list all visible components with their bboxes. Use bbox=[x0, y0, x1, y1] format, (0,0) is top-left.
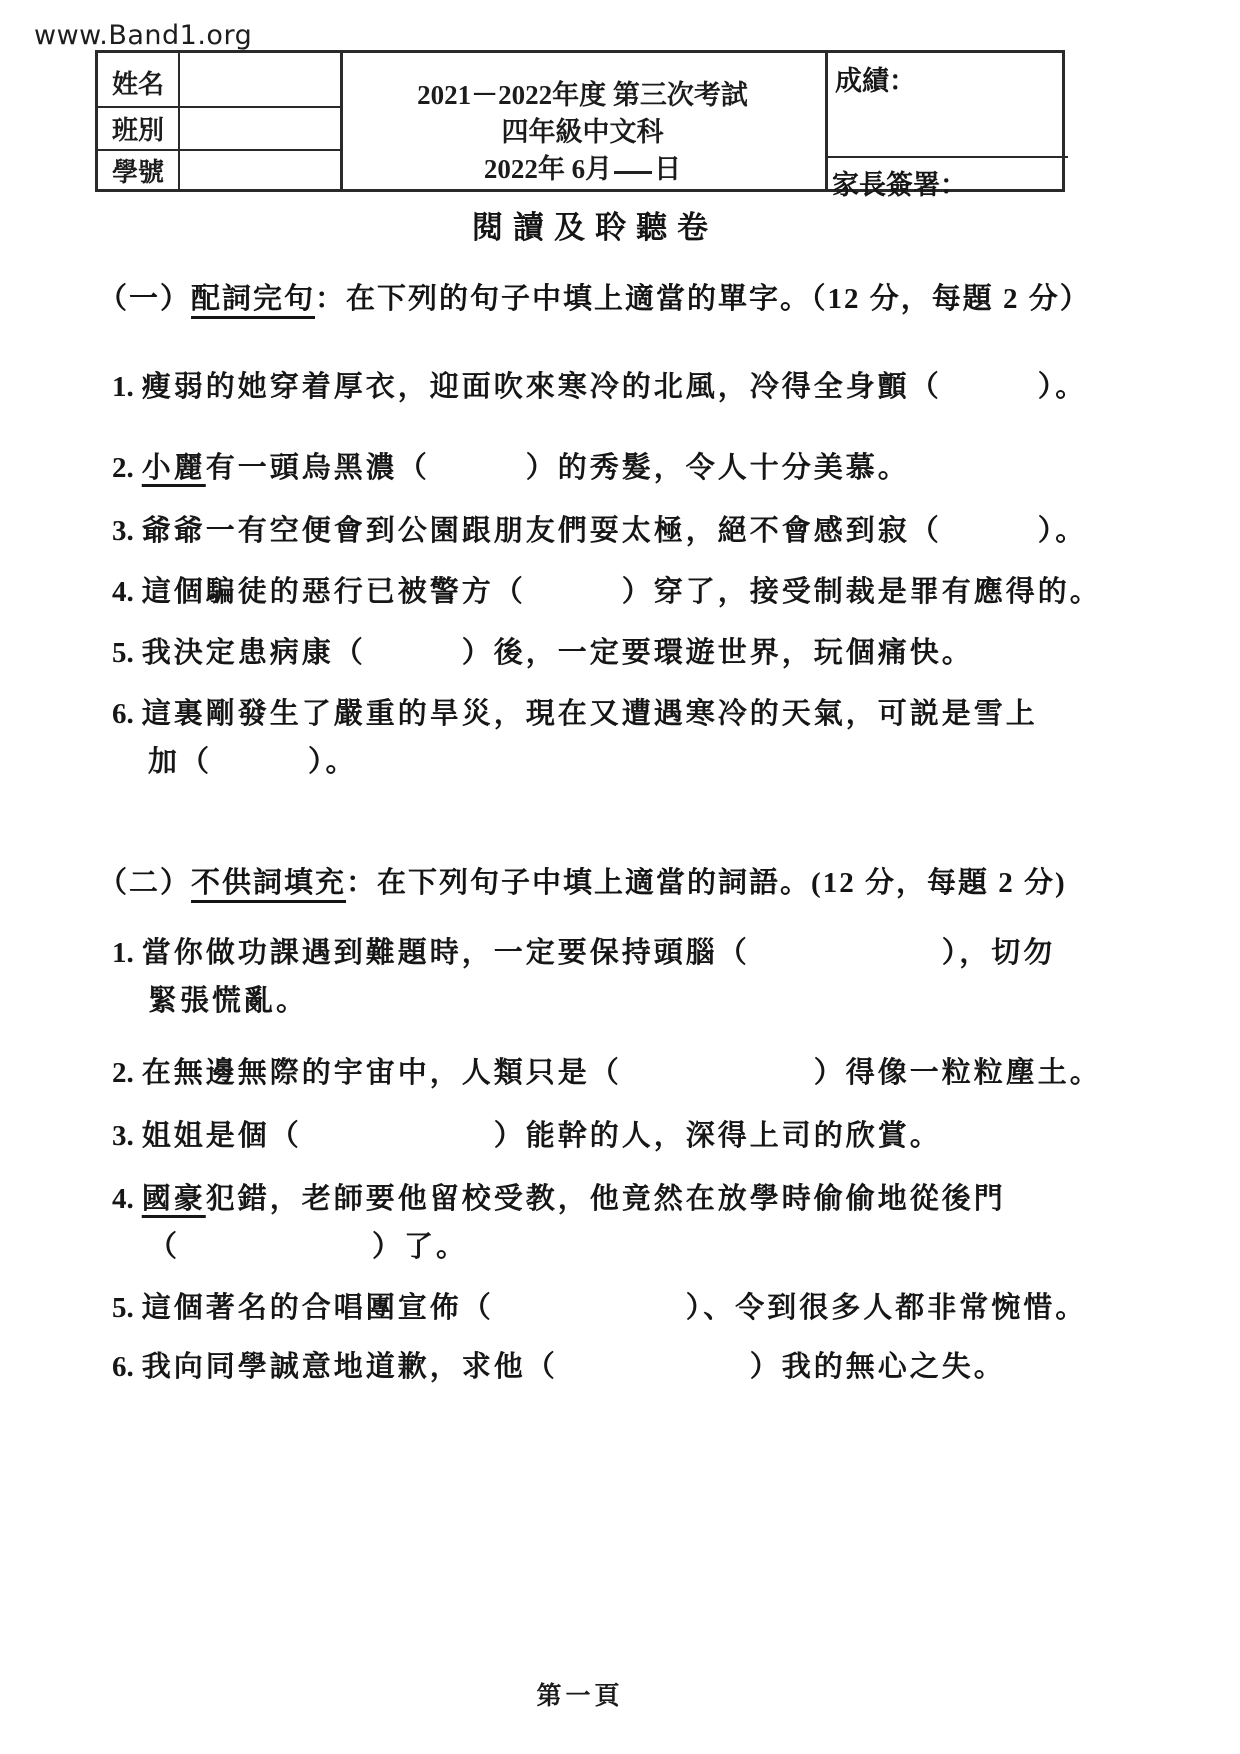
exam-title-line1: 2021－2022年度 第三次考試 bbox=[340, 77, 825, 114]
question-line: 5.這個著名的合唱團宣佈（ ）、令到很多人都非常惋惜。 bbox=[112, 1288, 1240, 1329]
question-text: 有一頭烏黑濃（ ）的秀髮，令人十分美慕。 bbox=[206, 452, 910, 484]
exam-date-pre: 2022年 6月 bbox=[484, 154, 612, 184]
question-line: 2.小麗有一頭烏黑濃（ ）的秀髮，令人十分美慕。 bbox=[112, 448, 1240, 489]
table-divider bbox=[825, 156, 1068, 158]
question-line: 加（ ）。 bbox=[148, 742, 1240, 783]
question-line: 3.爺爺一有空便會到公園跟朋友們耍太極，絕不會感到寂（ ）。 bbox=[112, 511, 1240, 552]
section-instruction: ：在下列句子中填上適當的詞語。(12 分，每題 2 分) bbox=[346, 867, 1067, 899]
watermark-url: www.Band1.org bbox=[34, 20, 252, 51]
question-number: 3. bbox=[112, 511, 134, 552]
question: 6.這裏剛發生了嚴重的旱災，現在又遭遇寒冷的天氣，可説是雪上加（ ）。 bbox=[112, 694, 1240, 783]
question-number: 4. bbox=[112, 1179, 134, 1220]
exam-title-line2: 四年級中文科 bbox=[340, 114, 825, 151]
question-text: 這個著名的合唱團宣佈（ ）、令到很多人都非常惋惜。 bbox=[142, 1292, 1088, 1324]
question-text: 我向同學誠意地道歉，求他（ ）我的無心之失。 bbox=[142, 1351, 1006, 1383]
page-number: 第一頁 bbox=[536, 1683, 623, 1710]
section-name: 不供詞填充 bbox=[191, 867, 346, 899]
score-label: 成績： bbox=[835, 59, 916, 98]
underlined-name: 小麗 bbox=[142, 452, 206, 484]
table-divider bbox=[178, 53, 180, 189]
question-text: 瘦弱的她穿着厚衣，迎面吹來寒冷的北風，冷得全身顫（ ）。 bbox=[142, 371, 1088, 403]
question-line: 1.瘦弱的她穿着厚衣，迎面吹來寒冷的北風，冷得全身顫（ ）。 bbox=[112, 367, 1240, 408]
question: 4.這個騙徒的惡行已被警方（ ）穿了，接受制裁是罪有應得的。 bbox=[112, 572, 1240, 613]
section-2-header: （二）不供詞填充：在下列句子中填上適當的詞語。(12 分，每題 2 分) bbox=[98, 862, 1240, 904]
question-line: 6.我向同學誠意地道歉，求他（ ）我的無心之失。 bbox=[112, 1347, 1240, 1388]
question: 4.國豪犯錯，老師要他留校受教，他竟然在放學時偷偷地從後門（ ）了。 bbox=[112, 1179, 1240, 1268]
field-label-name: 姓名 bbox=[98, 64, 178, 101]
question: 1.瘦弱的她穿着厚衣，迎面吹來寒冷的北風，冷得全身顫（ ）。 bbox=[112, 367, 1240, 408]
question-text: 這裏剛發生了嚴重的旱災，現在又遭遇寒冷的天氣，可説是雪上 bbox=[142, 698, 1038, 730]
question-number: 5. bbox=[112, 633, 134, 674]
question: 3.爺爺一有空便會到公園跟朋友們耍太極，絕不會感到寂（ ）。 bbox=[112, 511, 1240, 552]
table-divider bbox=[98, 149, 340, 151]
question-line: 2.在無邊無際的宇宙中，人類只是（ ）得像一粒粒塵土。 bbox=[112, 1053, 1240, 1094]
question-text: （ ）了。 bbox=[148, 1231, 468, 1263]
exam-paper-page: www.Band1.org 姓名 班別 學號 2021－2022年度 第三次考試… bbox=[0, 0, 1240, 1754]
paper-title: 閱讀及聆聽卷 bbox=[0, 202, 1190, 247]
question-number: 2. bbox=[112, 1053, 134, 1094]
table-divider bbox=[98, 106, 340, 108]
question: 5.我決定患病康（ ）後，一定要環遊世界，玩個痛快。 bbox=[112, 633, 1240, 674]
question-text: 加（ ）。 bbox=[148, 746, 358, 778]
question-line: 4.這個騙徒的惡行已被警方（ ）穿了，接受制裁是罪有應得的。 bbox=[112, 572, 1240, 613]
question-line: 4.國豪犯錯，老師要他留校受教，他竟然在放學時偷偷地從後門 bbox=[112, 1179, 1240, 1220]
page-footer: 第一頁 bbox=[0, 1676, 1160, 1712]
field-label-class: 班別 bbox=[98, 110, 178, 147]
question-text: 在無邊無際的宇宙中，人類只是（ ）得像一粒粒塵土。 bbox=[142, 1057, 1102, 1089]
question-line: 6.這裏剛發生了嚴重的旱災，現在又遭遇寒冷的天氣，可説是雪上 bbox=[112, 694, 1240, 735]
exam-title-block: 2021－2022年度 第三次考試 四年級中文科 2022年 6月日 bbox=[340, 77, 825, 188]
table-divider bbox=[825, 53, 828, 189]
question-line: （ ）了。 bbox=[148, 1227, 1240, 1268]
question: 3.姐姐是個（ ）能幹的人，深得上司的欣賞。 bbox=[112, 1116, 1240, 1157]
field-label-student-number: 學號 bbox=[98, 152, 178, 189]
question-text: 緊張慌亂。 bbox=[148, 985, 308, 1017]
question-text: 姐姐是個（ ）能幹的人，深得上司的欣賞。 bbox=[142, 1120, 942, 1152]
question: 5.這個著名的合唱團宣佈（ ）、令到很多人都非常惋惜。 bbox=[112, 1288, 1240, 1329]
exam-date-line: 2022年 6月日 bbox=[340, 151, 825, 188]
question: 1.當你做功課遇到難題時，一定要保持頭腦（ ），切勿緊張慌亂。 bbox=[112, 933, 1240, 1022]
sections-container: （一）配詞完句：在下列的句子中填上適當的單字。（12 分，每題 2 分）1.瘦弱… bbox=[0, 258, 1240, 1388]
question-line: 緊張慌亂。 bbox=[148, 981, 1240, 1022]
question-number: 4. bbox=[112, 572, 134, 613]
header-info-table: 姓名 班別 學號 2021－2022年度 第三次考試 四年級中文科 2022年 … bbox=[95, 50, 1065, 192]
question-number: 3. bbox=[112, 1116, 134, 1157]
question-text: 當你做功課遇到難題時，一定要保持頭腦（ ），切勿 bbox=[142, 937, 1056, 969]
section-instruction: ：在下列的句子中填上適當的單字。（12 分，每題 2 分） bbox=[315, 283, 1091, 315]
question: 6.我向同學誠意地道歉，求他（ ）我的無心之失。 bbox=[112, 1347, 1240, 1388]
section-1-header: （一）配詞完句：在下列的句子中填上適當的單字。（12 分，每題 2 分） bbox=[98, 278, 1240, 320]
parent-signature-label: 家長簽署： bbox=[832, 163, 967, 202]
question-line: 1.當你做功課遇到難題時，一定要保持頭腦（ ），切勿 bbox=[112, 933, 1240, 974]
question-text: 犯錯，老師要他留校受教，他竟然在放學時偷偷地從後門 bbox=[206, 1183, 1006, 1215]
question-number: 6. bbox=[112, 1347, 134, 1388]
question-text: 爺爺一有空便會到公園跟朋友們耍太極，絕不會感到寂（ ）。 bbox=[142, 515, 1088, 547]
exam-date-blank bbox=[614, 167, 652, 174]
section-name: 配詞完句 bbox=[191, 283, 315, 315]
underlined-name: 國豪 bbox=[142, 1183, 206, 1215]
question-line: 5.我決定患病康（ ）後，一定要環遊世界，玩個痛快。 bbox=[112, 633, 1240, 674]
section-number: （二） bbox=[98, 867, 191, 899]
question-number: 5. bbox=[112, 1288, 134, 1329]
question: 2.小麗有一頭烏黑濃（ ）的秀髮，令人十分美慕。 bbox=[112, 448, 1240, 489]
exam-date-post: 日 bbox=[654, 154, 681, 184]
question-number: 2. bbox=[112, 448, 134, 489]
question-text: 我決定患病康（ ）後，一定要環遊世界，玩個痛快。 bbox=[142, 637, 974, 669]
question: 2.在無邊無際的宇宙中，人類只是（ ）得像一粒粒塵土。 bbox=[112, 1053, 1240, 1094]
section-number: （一） bbox=[98, 283, 191, 315]
question-text: 這個騙徒的惡行已被警方（ ）穿了，接受制裁是罪有應得的。 bbox=[142, 576, 1102, 608]
question-number: 1. bbox=[112, 933, 134, 974]
question-line: 3.姐姐是個（ ）能幹的人，深得上司的欣賞。 bbox=[112, 1116, 1240, 1157]
question-number: 1. bbox=[112, 367, 134, 408]
question-number: 6. bbox=[112, 694, 134, 735]
